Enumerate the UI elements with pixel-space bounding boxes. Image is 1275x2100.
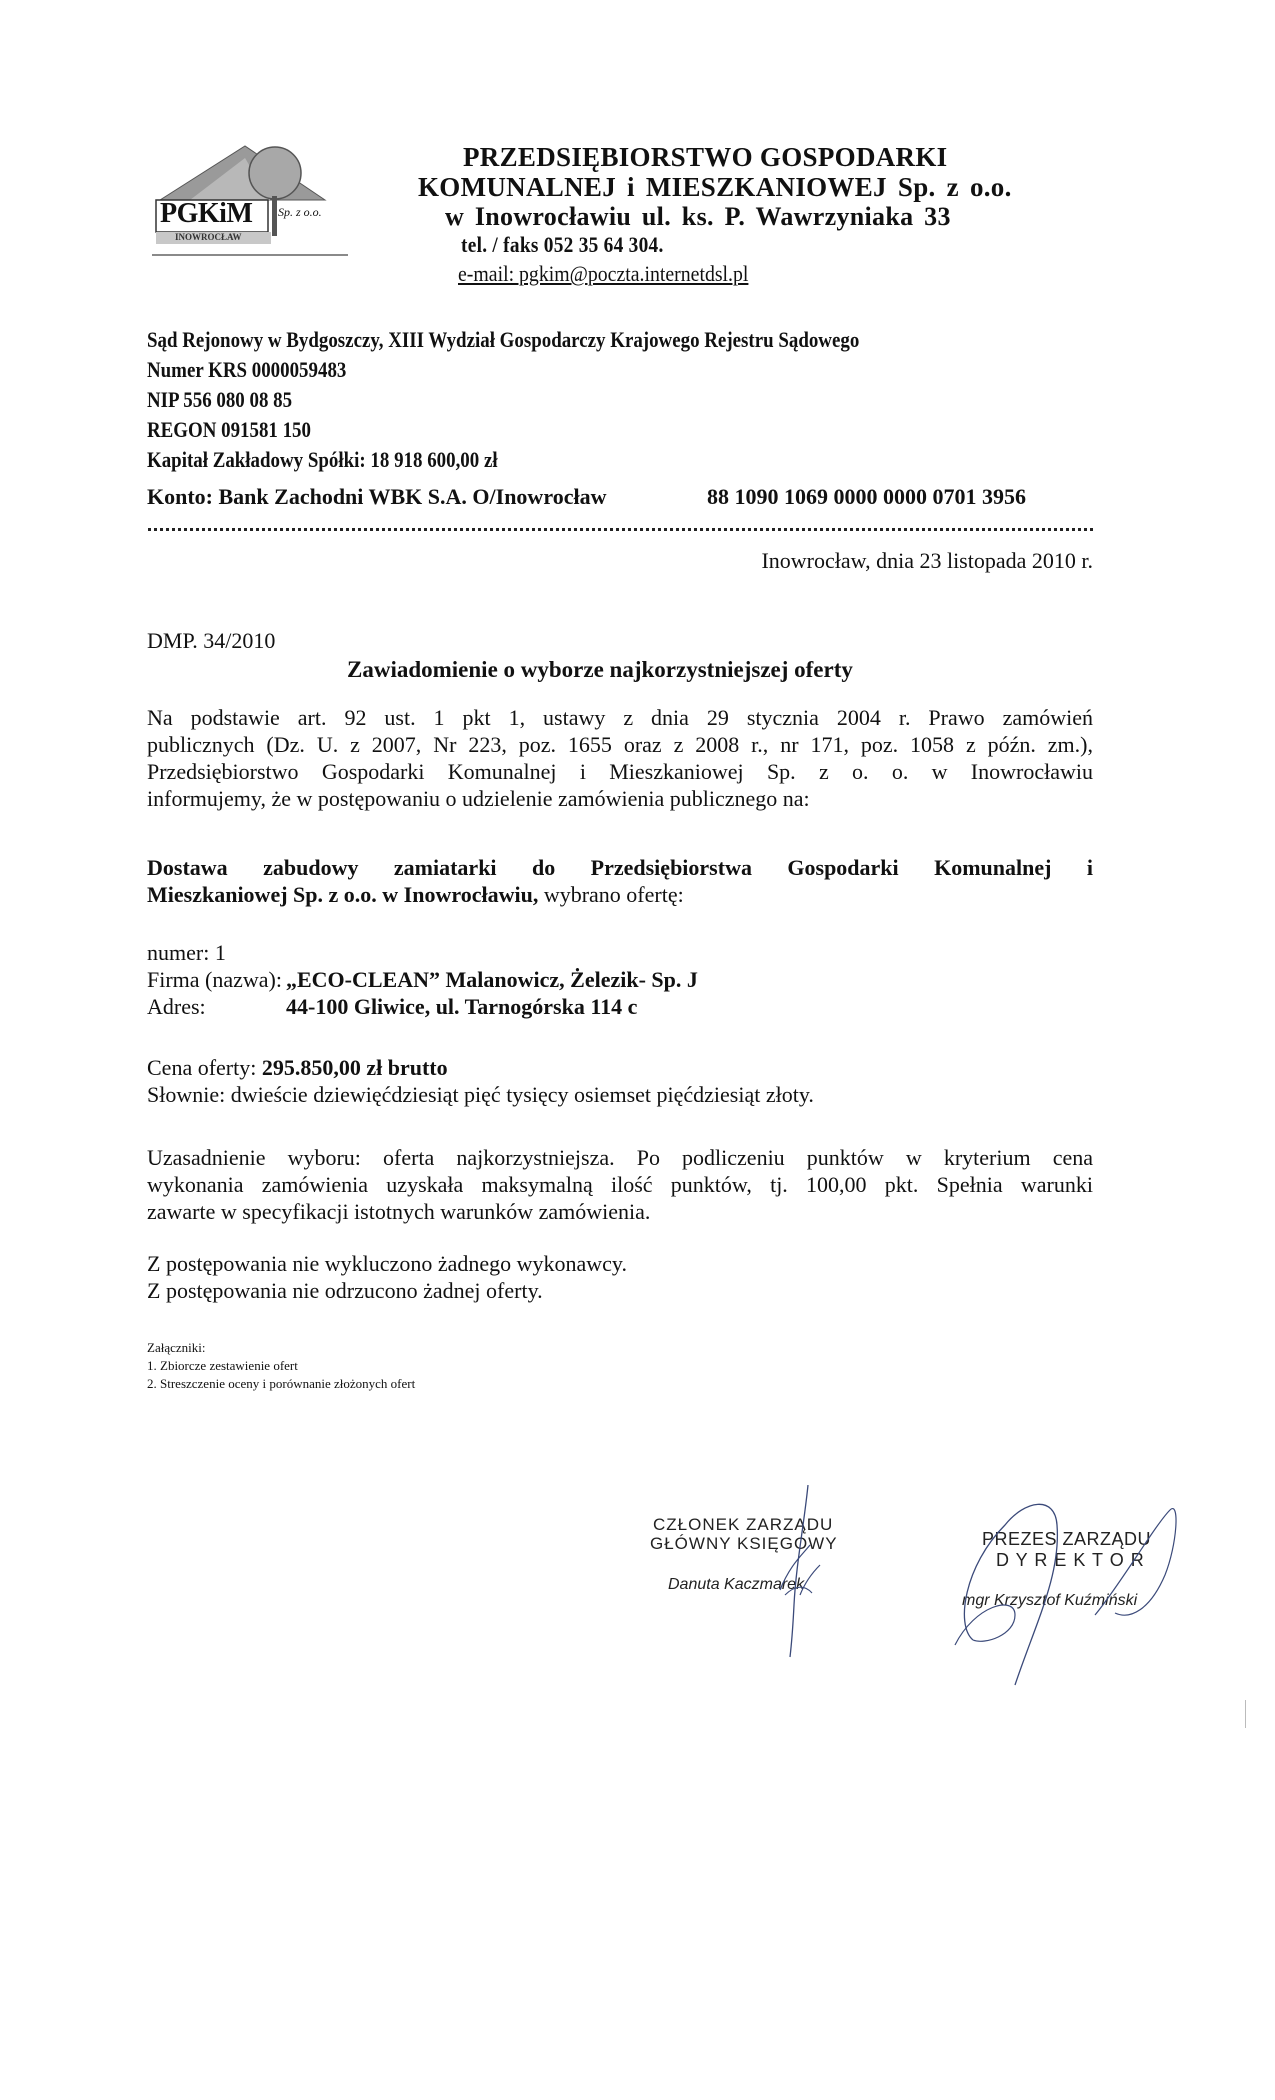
attachments-heading: Załączniki: <box>147 1340 205 1356</box>
attachment-item-1: 1. Zbiorcze zestawienie ofert <box>147 1358 298 1374</box>
attachment-item-2: 2. Streszczenie oceny i porównanie złożo… <box>147 1376 415 1392</box>
company-address: w Inowrocławiu ul. ks. P. Wawrzyniaka 33 <box>445 202 951 232</box>
letter-title: Zawiadomienie o wyborze najkorzystniejsz… <box>347 657 853 683</box>
offer-number: numer: 1 <box>147 940 226 966</box>
handwritten-signature-left-icon <box>760 1485 850 1665</box>
scan-edge-line <box>1245 1700 1246 1728</box>
dotted-separator <box>148 528 1093 531</box>
handwritten-signature-right-icon <box>945 1485 1185 1695</box>
company-name-line2: KOMUNALNEJ i MIESZKANIOWEJ Sp. z o.o. <box>418 172 1012 203</box>
price-in-words: Słownie: dwieście dziewięćdziesiąt pięć … <box>147 1082 814 1108</box>
intro-line-2: publicznych (Dz. U. z 2007, Nr 223, poz.… <box>147 732 1093 758</box>
registry-account-number: 88 1090 1069 0000 0000 0701 3956 <box>707 484 1026 510</box>
offer-company-value: „ECO-CLEAN” Malanowicz, Żelezik- Sp. J <box>286 967 698 993</box>
statement-no-rejections: Z postępowania nie odrzucono żadnej ofer… <box>147 1278 543 1304</box>
stamp-left-role-2: GŁÓWNY KSIĘGOWY <box>650 1534 838 1554</box>
company-phone: tel. / faks 052 35 64 304. <box>461 232 664 258</box>
registry-krs: Numer KRS 0000059483 <box>147 357 346 383</box>
company-email-link[interactable]: e-mail: pgkim@poczta.internetdsl.pl <box>458 261 748 287</box>
justification-line-2: wykonania zamówienia uzyskała maksymalną… <box>147 1172 1093 1198</box>
justification-line-3: zawarte w specyfikacji istotnych warunkó… <box>147 1199 650 1225</box>
logo-city: INOWROCŁAW <box>175 232 242 242</box>
stamp-right-role-1: PREZES ZARZĄDU <box>982 1529 1151 1550</box>
stamp-left-role-1: CZŁONEK ZARZĄDU <box>653 1515 833 1535</box>
logo-suffix: Sp. z o.o. <box>278 205 322 220</box>
company-name-line1: PRZEDSIĘBIORSTWO GOSPODARKI <box>463 142 947 173</box>
price-line: Cena oferty: 295.850,00 zł brutto <box>147 1055 448 1081</box>
subject-line-2-bold: Mieszkaniowej Sp. z o.o. w Inowrocławiu, <box>147 882 538 907</box>
statement-no-exclusions: Z postępowania nie wykluczono żadnego wy… <box>147 1251 627 1277</box>
stamp-right-name: mgr Krzysztof Kuźmiński <box>962 1592 1137 1610</box>
price-value: 295.850,00 zł brutto <box>262 1055 448 1080</box>
intro-line-4: informujemy, że w postępowaniu o udziele… <box>147 786 810 812</box>
registry-regon: REGON 091581 150 <box>147 417 311 443</box>
letter-date: Inowrocław, dnia 23 listopada 2010 r. <box>761 548 1093 574</box>
subject-line-2-normal: wybrano ofertę: <box>538 882 683 907</box>
stamp-right-role-2: D Y R E K T O R <box>996 1550 1145 1571</box>
registry-capital: Kapitał Zakładowy Spółki: 18 918 600,00 … <box>147 447 498 473</box>
offer-company-label: Firma (nazwa): <box>147 967 282 993</box>
logo-text: PGKiM <box>160 198 252 230</box>
registry-nip: NIP 556 080 08 85 <box>147 387 292 413</box>
reference-number: DMP. 34/2010 <box>147 628 275 654</box>
subject-line-1: Dostawa zabudowy zamiatarki do Przedsięb… <box>147 855 1093 881</box>
offer-address-value: 44-100 Gliwice, ul. Tarnogórska 114 c <box>286 994 637 1020</box>
registry-account-bank: Konto: Bank Zachodni WBK S.A. O/Inowrocł… <box>147 484 606 510</box>
stamp-left-name: Danuta Kaczmarek <box>668 1576 804 1594</box>
intro-line-1: Na podstawie art. 92 ust. 1 pkt 1, ustaw… <box>147 705 1093 731</box>
justification-line-1: Uzasadnienie wyboru: oferta najkorzystni… <box>147 1145 1093 1171</box>
offer-address-label: Adres: <box>147 994 206 1020</box>
registry-court: Sąd Rejonowy w Bydgoszczy, XIII Wydział … <box>147 327 859 353</box>
price-label: Cena oferty: <box>147 1055 262 1080</box>
intro-line-3: Przedsiębiorstwo Gospodarki Komunalnej i… <box>147 759 1093 785</box>
subject-line-2: Mieszkaniowej Sp. z o.o. w Inowrocławiu,… <box>147 882 684 908</box>
